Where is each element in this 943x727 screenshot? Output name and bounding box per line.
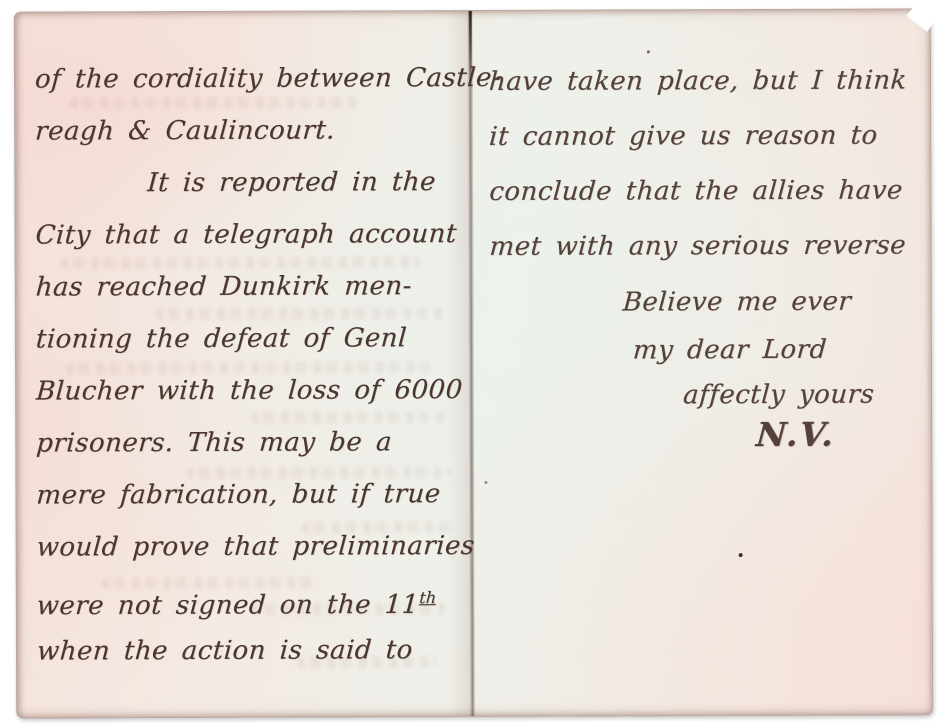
letter-line-text: were not signed on the 11 bbox=[36, 590, 420, 621]
scan-background: of the cordiality between Castle- reagh … bbox=[0, 0, 943, 727]
letter-paper: of the cordiality between Castle- reagh … bbox=[14, 8, 933, 718]
closing-line: Believe me ever bbox=[622, 285, 853, 320]
letter-line: were not signed on the 11th bbox=[35, 581, 437, 623]
letter-line: tioning the defeat of Genl bbox=[35, 321, 408, 356]
letter-line: when the action is said to bbox=[36, 633, 414, 668]
letter-page-right: have taken place, but I think it cannot … bbox=[477, 9, 931, 716]
letter-line: prisoners. This may be a bbox=[35, 425, 393, 460]
letter-line: City that a telegraph account bbox=[34, 217, 458, 252]
superscript-th: th bbox=[419, 588, 437, 607]
letter-line: met with any serious reverse bbox=[488, 228, 907, 263]
closing-line: my dear Lord bbox=[632, 333, 828, 368]
letter-line: would prove that preliminaries bbox=[36, 529, 476, 565]
letter-line: it cannot give us reason to bbox=[488, 119, 879, 154]
letter-line: mere fabrication, but if true bbox=[35, 477, 441, 512]
closing-line: affectly yours bbox=[682, 378, 876, 413]
letter-page-left: of the cordiality between Castle- reagh … bbox=[35, 11, 475, 718]
letter-line: It is reported in the bbox=[146, 165, 437, 200]
signature-initials: N.V. bbox=[755, 418, 836, 452]
letter-line: Blucher with the loss of 6000 bbox=[35, 373, 464, 408]
letter-line: have taken place, but I think bbox=[488, 63, 908, 98]
letter-line: has reached Dunkirk men- bbox=[35, 269, 413, 304]
letter-line: reagh & Caulincourt. bbox=[34, 113, 336, 148]
letter-line: conclude that the allies have bbox=[488, 173, 904, 208]
letter-line: of the cordiality between Castle- bbox=[34, 61, 502, 97]
